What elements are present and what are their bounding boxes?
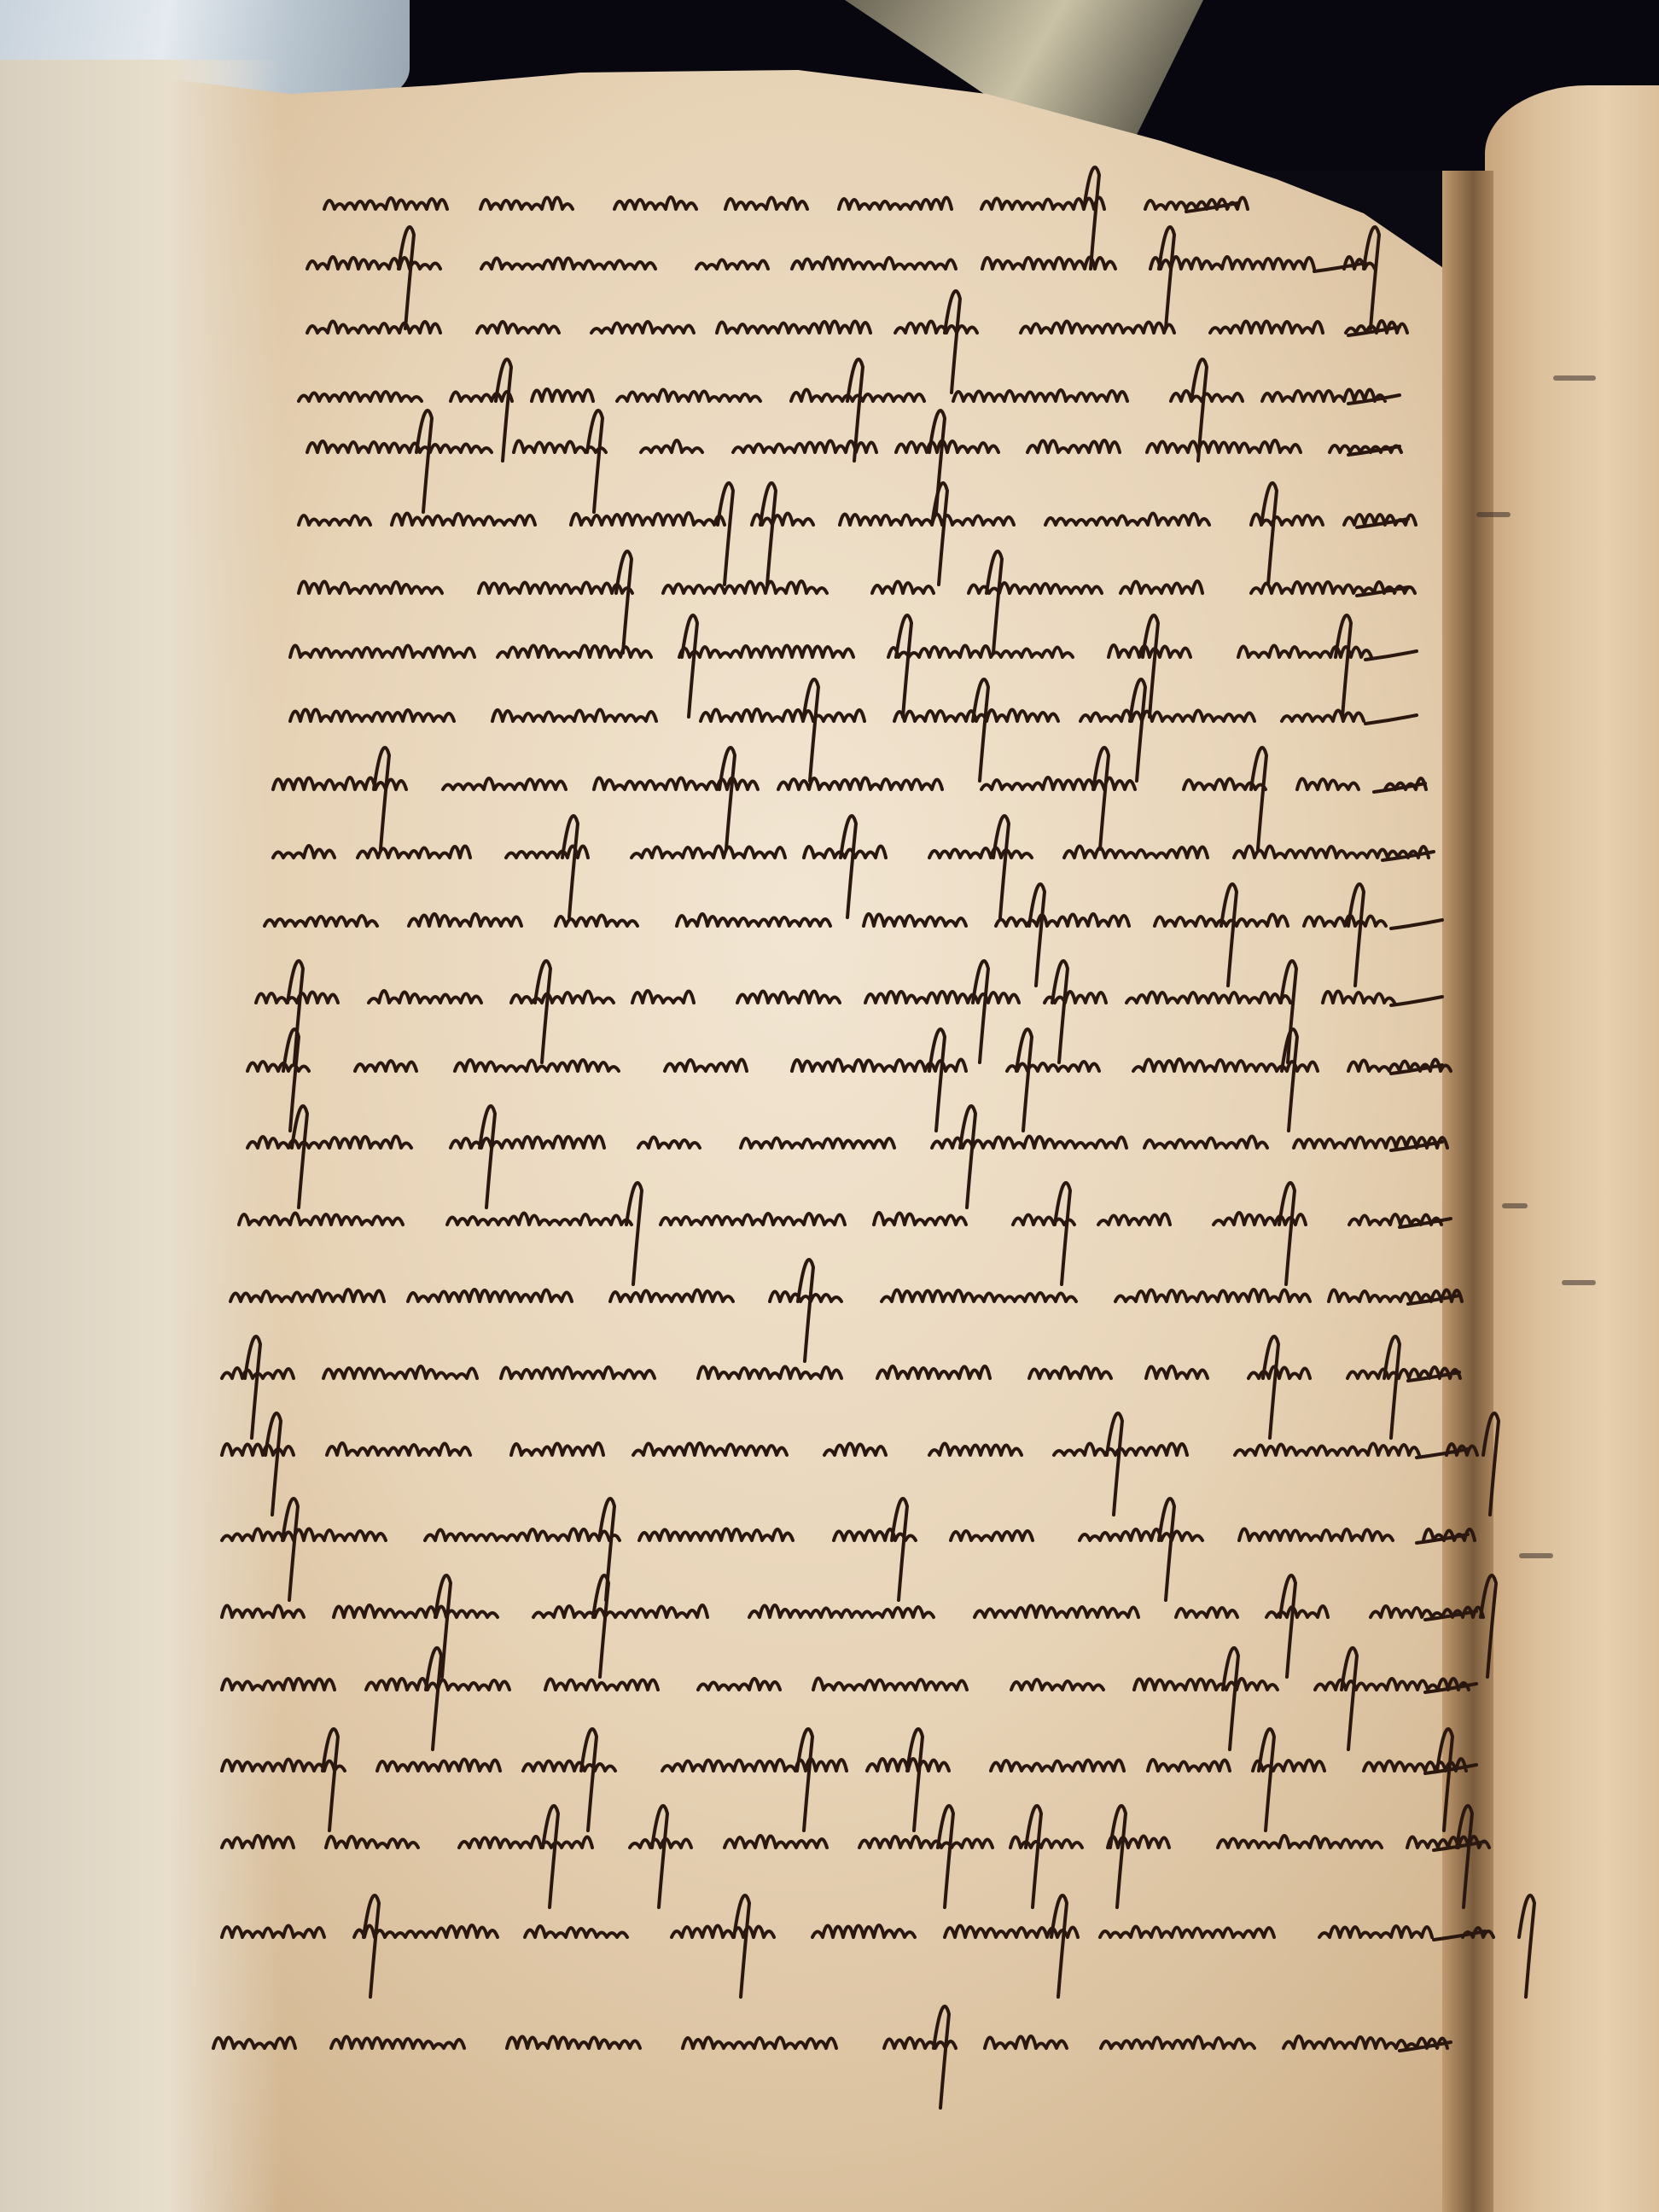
manuscript-line: [illegible handwriting] — [222, 1651, 1476, 1720]
manuscript-line: [illegible handwriting] — [222, 1502, 1468, 1570]
manuscript-line: [illegible handwriting] — [213, 2010, 1451, 2078]
manuscript-line: [illegible handwriting] — [256, 964, 1442, 1033]
ink-mark — [1502, 1203, 1528, 1208]
manuscript-line: [illegible handwriting] — [222, 1340, 1459, 1408]
manuscript-line: [illegible handwriting] — [222, 1899, 1485, 1967]
ink-mark — [1519, 1553, 1553, 1558]
manuscript-line: [illegible handwriting] — [265, 888, 1442, 956]
manuscript-line: [illegible handwriting] — [247, 1109, 1442, 1178]
right-page — [1485, 85, 1659, 2212]
manuscript-line: [illegible handwriting] — [299, 486, 1408, 555]
manuscript-line: [illegible handwriting] — [290, 619, 1417, 687]
ink-mark — [1562, 1280, 1596, 1285]
ink-mark — [1476, 512, 1511, 517]
manuscript-line: [illegible handwriting] — [307, 294, 1400, 363]
manuscript-line: [illegible handwriting] — [324, 171, 1237, 239]
manuscript-line: [illegible handwriting] — [307, 414, 1400, 482]
manuscript-line: [illegible handwriting] — [273, 751, 1425, 819]
manuscript-line: [illegible handwriting] — [290, 683, 1417, 751]
manuscript-line: [illegible handwriting] — [299, 555, 1408, 623]
page-margin — [0, 60, 282, 2212]
manuscript-line: [illegible handwriting] — [222, 1732, 1476, 1801]
manuscript-line: [illegible handwriting] — [230, 1263, 1459, 1331]
manuscript-line: [illegible handwriting] — [239, 1186, 1451, 1254]
ink-mark — [1553, 375, 1596, 381]
manuscript-line: [illegible handwriting] — [222, 1579, 1476, 1647]
manuscript-line: [illegible handwriting] — [273, 819, 1434, 888]
manuscript-line: [illegible handwriting] — [222, 1809, 1485, 1877]
manuscript-line: [illegible handwriting] — [222, 1417, 1468, 1485]
manuscript-line: [illegible handwriting] — [247, 1033, 1442, 1101]
manuscript-line: [illegible handwriting] — [307, 230, 1365, 299]
